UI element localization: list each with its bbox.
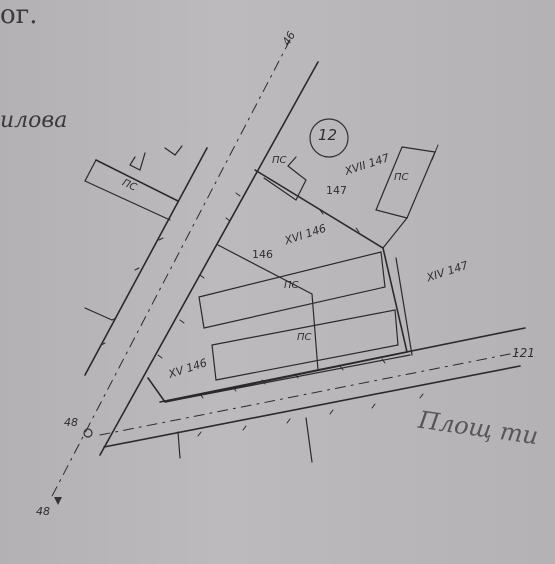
road-marker-south-end: 48 xyxy=(36,505,50,518)
parcel-divider xyxy=(218,245,318,370)
block-number: 12 xyxy=(318,126,337,144)
road-west-edge xyxy=(85,148,207,375)
building-label: ПС xyxy=(394,172,409,183)
road-centerline xyxy=(50,40,290,500)
building-label: ПС xyxy=(272,155,287,166)
street-left-label: илова xyxy=(0,108,67,133)
survey-point-icon xyxy=(84,429,92,437)
lot-number-146: 146 xyxy=(252,248,273,261)
top-left-fragment: ог. xyxy=(0,0,38,30)
lot-number-147: 147 xyxy=(326,184,347,197)
road-east-edge xyxy=(100,62,318,455)
arrow-south-icon xyxy=(54,497,62,505)
building-label: ПС xyxy=(297,332,312,343)
road-marker-east: 121 xyxy=(512,346,535,360)
cadastral-drawing xyxy=(0,0,555,564)
road-marker-south-point: 48 xyxy=(64,416,78,429)
building-label: ПС xyxy=(284,280,299,291)
building-2 xyxy=(212,310,398,380)
